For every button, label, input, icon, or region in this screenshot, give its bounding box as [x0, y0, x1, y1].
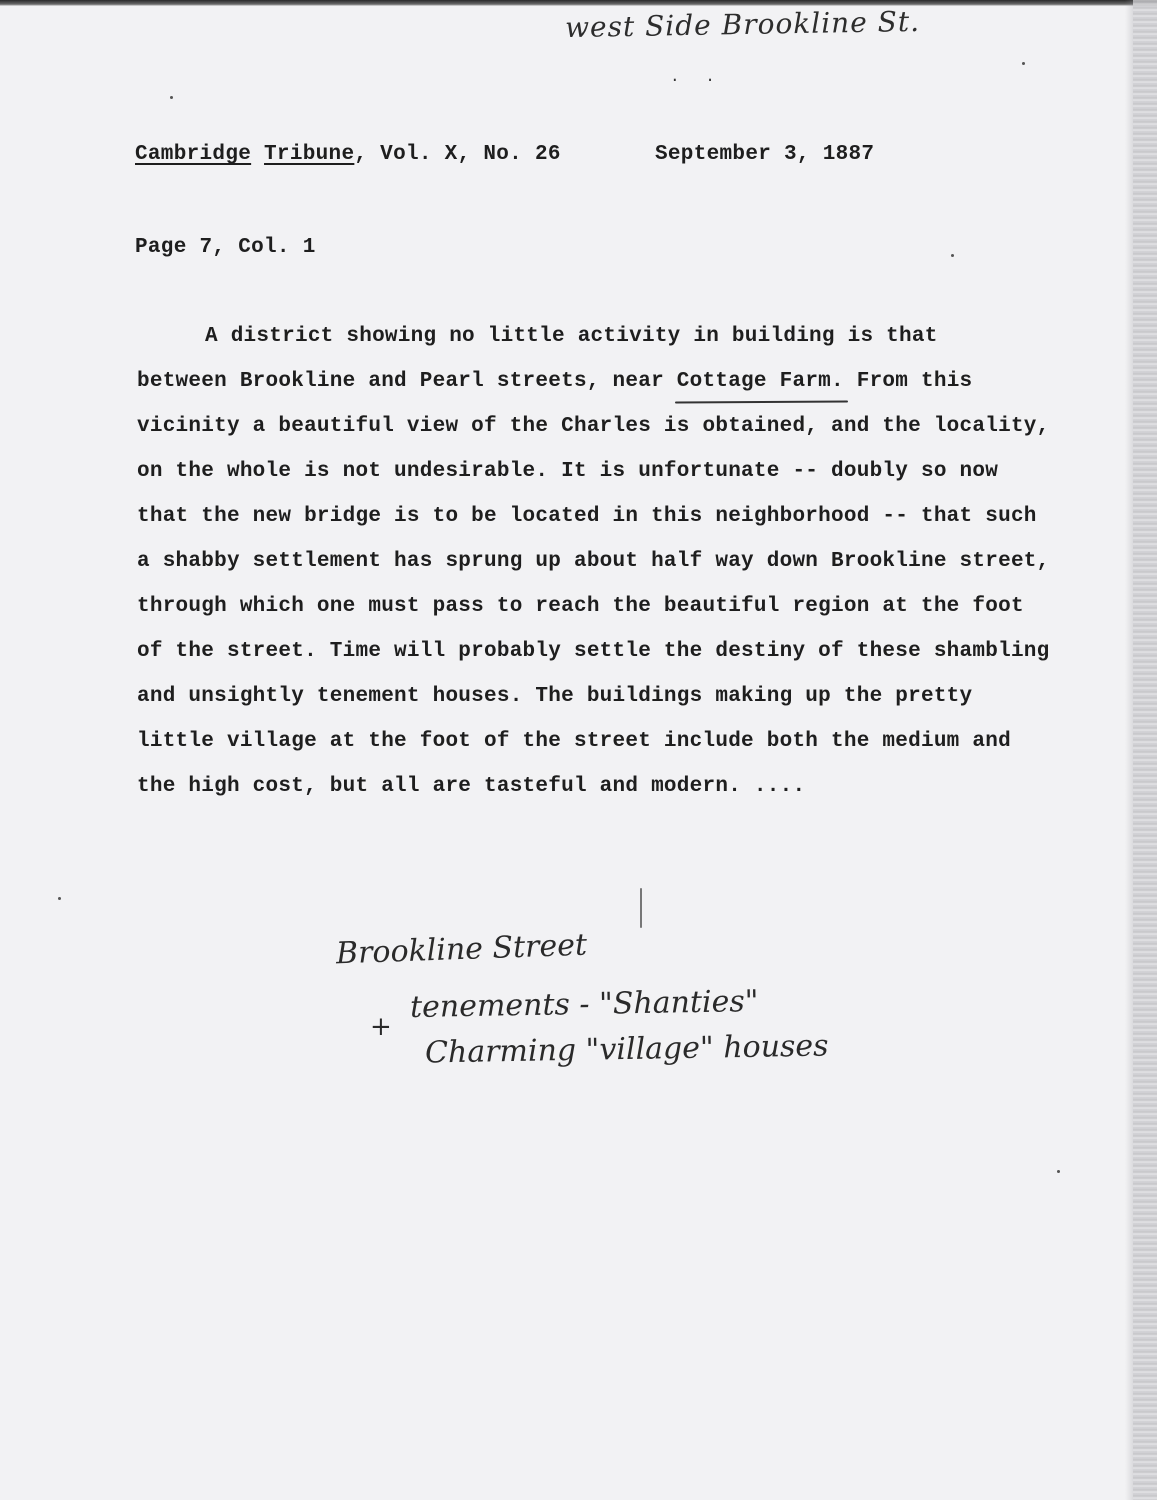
handwritten-plus-sign: +: [370, 1012, 392, 1042]
handwritten-title-note: west Side Brookline St.: [565, 5, 921, 44]
body-text: From this: [844, 370, 973, 393]
paper-speck: [170, 96, 173, 99]
paper-speck: [951, 254, 954, 257]
handwritten-dots: . .: [670, 68, 723, 86]
handwritten-note-line3: Charming "village" houses: [425, 1028, 829, 1070]
publication-name-part1: Cambridge: [135, 143, 251, 166]
body-line: and unsightly tenement houses. The build…: [137, 682, 1137, 727]
body-line: between Brookline and Pearl streets, nea…: [137, 367, 1137, 412]
scan-top-edge: [0, 0, 1157, 6]
underlined-place-name: Cottage Farm.: [677, 370, 844, 393]
paper-speck: [1057, 1170, 1060, 1173]
pencil-mark: [640, 888, 642, 928]
citation-header: Cambridge Tribune, Vol. X, No. 26: [135, 143, 561, 166]
article-body: A district showing no little activity in…: [137, 322, 1137, 817]
body-line: that the new bridge is to be located in …: [137, 502, 1137, 547]
paper-speck: [1022, 62, 1025, 65]
volume-number: , Vol. X, No. 26: [354, 143, 560, 166]
paper-speck: [58, 897, 61, 900]
body-line: A district showing no little activity in…: [137, 322, 1137, 367]
body-line: of the street. Time will probably settle…: [137, 637, 1137, 682]
body-line: the high cost, but all are tasteful and …: [137, 772, 1137, 817]
body-line: on the whole is not undesirable. It is u…: [137, 457, 1137, 502]
body-line: a shabby settlement has sprung up about …: [137, 547, 1137, 592]
handwritten-note-line1: Brookline Street: [335, 928, 587, 972]
page-column-reference: Page 7, Col. 1: [135, 236, 316, 259]
body-line: vicinity a beautiful view of the Charles…: [137, 412, 1137, 457]
publication-date: September 3, 1887: [655, 143, 874, 166]
body-text: between Brookline and Pearl streets, nea…: [137, 370, 677, 393]
body-line: through which one must pass to reach the…: [137, 592, 1137, 637]
body-line: little village at the foot of the street…: [137, 727, 1137, 772]
publication-name-part2: Tribune: [264, 143, 354, 166]
handwritten-note-line2: tenements - "Shanties": [410, 984, 759, 1025]
